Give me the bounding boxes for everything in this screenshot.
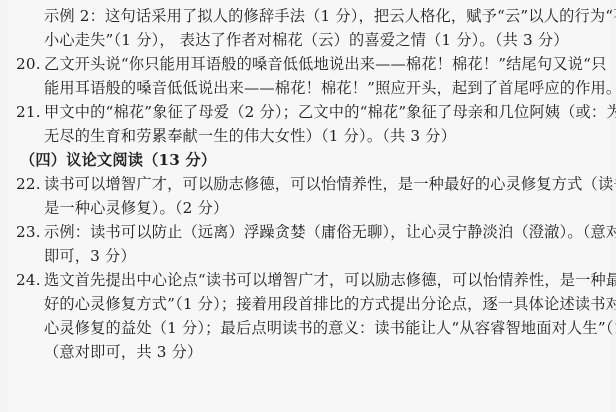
question-20: 20.乙文开头说“你只能用耳语般的嗓音低低地说出来——棉花！棉花！”结尾句又说“… bbox=[16, 53, 606, 75]
answer-text: 甲文中的“棉花”象征了母爱（2 分）；乙文中的“棉花”象征了母亲和几位阿姨（或：… bbox=[44, 103, 616, 121]
answer-line: 无尽的生育和劳累奉献一生的伟大女性）（1 分）。（共 3 分） bbox=[44, 125, 456, 147]
document-page: 示例 2：这句话采用了拟人的修辞手法（1 分），把云人格化，赋予“云”以人的行为… bbox=[8, 0, 610, 412]
answer-text: 读书可以增智广才，可以励志修德，可以怡情养性，是一种最好的心灵修复方式（读书 bbox=[44, 175, 616, 193]
answer-line: 小心走失”（1 分）， 表达了作者对棉花（云）的喜爱之情（1 分）。（共 3 分… bbox=[44, 29, 569, 51]
question-21: 21.甲文中的“棉花”象征了母爱（2 分）；乙文中的“棉花”象征了母亲和几位阿姨… bbox=[16, 101, 616, 123]
section-heading: （四）议论文阅读（13 分） bbox=[20, 149, 216, 171]
answer-text: 乙文开头说“你只能用耳语般的嗓音低低地说出来——棉花！棉花！”结尾句又说“只 bbox=[44, 55, 606, 73]
question-number: 20. bbox=[16, 53, 44, 75]
question-23: 23.示例：读书可以防止（远离）浮躁贪婪（庸俗无聊），让心灵宁静淡泊（澄澈）。（… bbox=[16, 221, 616, 243]
answer-text: 选文首先提出中心论点“读书可以增智广才，可以励志修德，可以怡情养性，是一种最 bbox=[44, 271, 616, 289]
question-number: 23. bbox=[16, 221, 44, 243]
question-number: 22. bbox=[16, 173, 44, 195]
answer-line: 是一种心灵修复）。（2 分） bbox=[44, 197, 228, 219]
answer-line: 心灵修复的益处（1 分）；最后点明读书的意义：读书能让人“从容睿智地面对人生”（… bbox=[44, 317, 616, 339]
question-24: 24.选文首先提出中心论点“读书可以增智广才，可以励志修德，可以怡情养性，是一种… bbox=[16, 269, 616, 291]
question-22: 22.读书可以增智广才，可以励志修德，可以怡情养性，是一种最好的心灵修复方式（读… bbox=[16, 173, 616, 195]
answer-text: 示例：读书可以防止（远离）浮躁贪婪（庸俗无聊），让心灵宁静淡泊（澄澈）。（意对 bbox=[44, 223, 616, 241]
answer-line: 好的心灵修复方式”（1 分）；接着用段首排比的方式提出分论点，逐一具体论述读书对 bbox=[44, 293, 616, 315]
answer-line: 即可，3 分） bbox=[44, 245, 136, 267]
answer-line: （意对即可，共 3 分） bbox=[44, 341, 202, 363]
answer-line: 示例 2：这句话采用了拟人的修辞手法（1 分），把云人格化，赋予“云”以人的行为… bbox=[44, 5, 616, 27]
question-number: 24. bbox=[16, 269, 44, 291]
answer-line: 能用耳语般的嗓音低低说出来——棉花！棉花！”照应开头，起到了首尾呼应的作用。（2… bbox=[44, 77, 616, 99]
question-number: 21. bbox=[16, 101, 44, 123]
